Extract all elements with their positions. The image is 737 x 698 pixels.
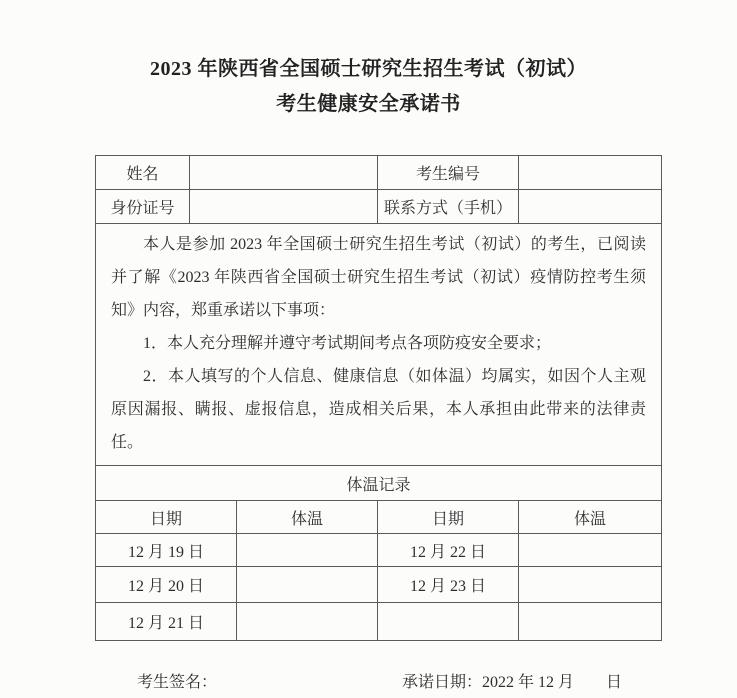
- temp-value-cell[interactable]: [237, 534, 378, 567]
- contact-label-cell: 联系方式（手机）: [378, 190, 519, 224]
- date-cell: 12 月 21 日: [96, 603, 237, 641]
- info-row-2: 身份证号 联系方式（手机）: [96, 190, 662, 224]
- date-cell: 12 月 19 日: [96, 534, 237, 567]
- title-line-1: 2023 年陕西省全国硕士研究生招生考试（初试）: [0, 52, 737, 87]
- document-page: 2023 年陕西省全国硕士研究生招生考试（初试） 考生健康安全承诺书 姓名 考生…: [0, 0, 737, 698]
- pledge-row: 本人是参加 2023 年全国硕士研究生招生考试（初试）的考生，已阅读并了解《20…: [96, 224, 662, 466]
- date-header-cell-1: 日期: [96, 501, 237, 534]
- temp-value-cell[interactable]: [237, 567, 378, 603]
- date-cell: [378, 603, 519, 641]
- temp-header-cell-1: 体温: [237, 501, 378, 534]
- date-cell: 12 月 20 日: [96, 567, 237, 603]
- name-value-cell[interactable]: [190, 156, 378, 190]
- date-cell: 12 月 23 日: [378, 567, 519, 603]
- commitment-form-table: 姓名 考生编号 身份证号 联系方式（手机） 本人是参加 2023 年全国硕士研究…: [95, 155, 662, 641]
- date-header-cell-2: 日期: [378, 501, 519, 534]
- title-line-2: 考生健康安全承诺书: [0, 87, 737, 122]
- document-title: 2023 年陕西省全国硕士研究生招生考试（初试） 考生健康安全承诺书: [0, 52, 737, 122]
- pledge-item-2: 2．本人填写的个人信息、健康信息（如体温）均属实，如因个人主观原因漏报、瞒报、虚…: [111, 360, 646, 459]
- temp-value-cell[interactable]: [519, 534, 662, 567]
- id-label-cell: 身份证号: [96, 190, 190, 224]
- pledge-date-label: 承诺日期：2022 年 12 月 日: [402, 671, 622, 695]
- info-row-1: 姓名 考生编号: [96, 156, 662, 190]
- temp-header-cell-2: 体温: [519, 501, 662, 534]
- temp-value-cell[interactable]: [519, 603, 662, 641]
- candidate-no-label-cell: 考生编号: [378, 156, 519, 190]
- name-label-cell: 姓名: [96, 156, 190, 190]
- temperature-table-title: 体温记录: [96, 466, 662, 501]
- footer: 考生签名： 承诺日期：2022 年 12 月 日: [0, 671, 737, 695]
- id-value-cell[interactable]: [190, 190, 378, 224]
- contact-value-cell[interactable]: [519, 190, 662, 224]
- candidate-no-value-cell[interactable]: [519, 156, 662, 190]
- signature-label: 考生签名：: [137, 671, 217, 695]
- temperature-header-row: 日期 体温 日期 体温: [96, 501, 662, 534]
- temperature-row: 12 月 19 日 12 月 22 日: [96, 534, 662, 567]
- pledge-intro: 本人是参加 2023 年全国硕士研究生招生考试（初试）的考生，已阅读并了解《20…: [111, 228, 646, 327]
- date-cell: 12 月 22 日: [378, 534, 519, 567]
- temperature-title-row: 体温记录: [96, 466, 662, 501]
- temperature-row: 12 月 21 日: [96, 603, 662, 641]
- temp-value-cell[interactable]: [519, 567, 662, 603]
- pledge-item-1: 1．本人充分理解并遵守考试期间考点各项防疫安全要求；: [111, 327, 646, 360]
- temp-value-cell[interactable]: [237, 603, 378, 641]
- pledge-cell: 本人是参加 2023 年全国硕士研究生招生考试（初试）的考生，已阅读并了解《20…: [96, 224, 662, 466]
- temperature-row: 12 月 20 日 12 月 23 日: [96, 567, 662, 603]
